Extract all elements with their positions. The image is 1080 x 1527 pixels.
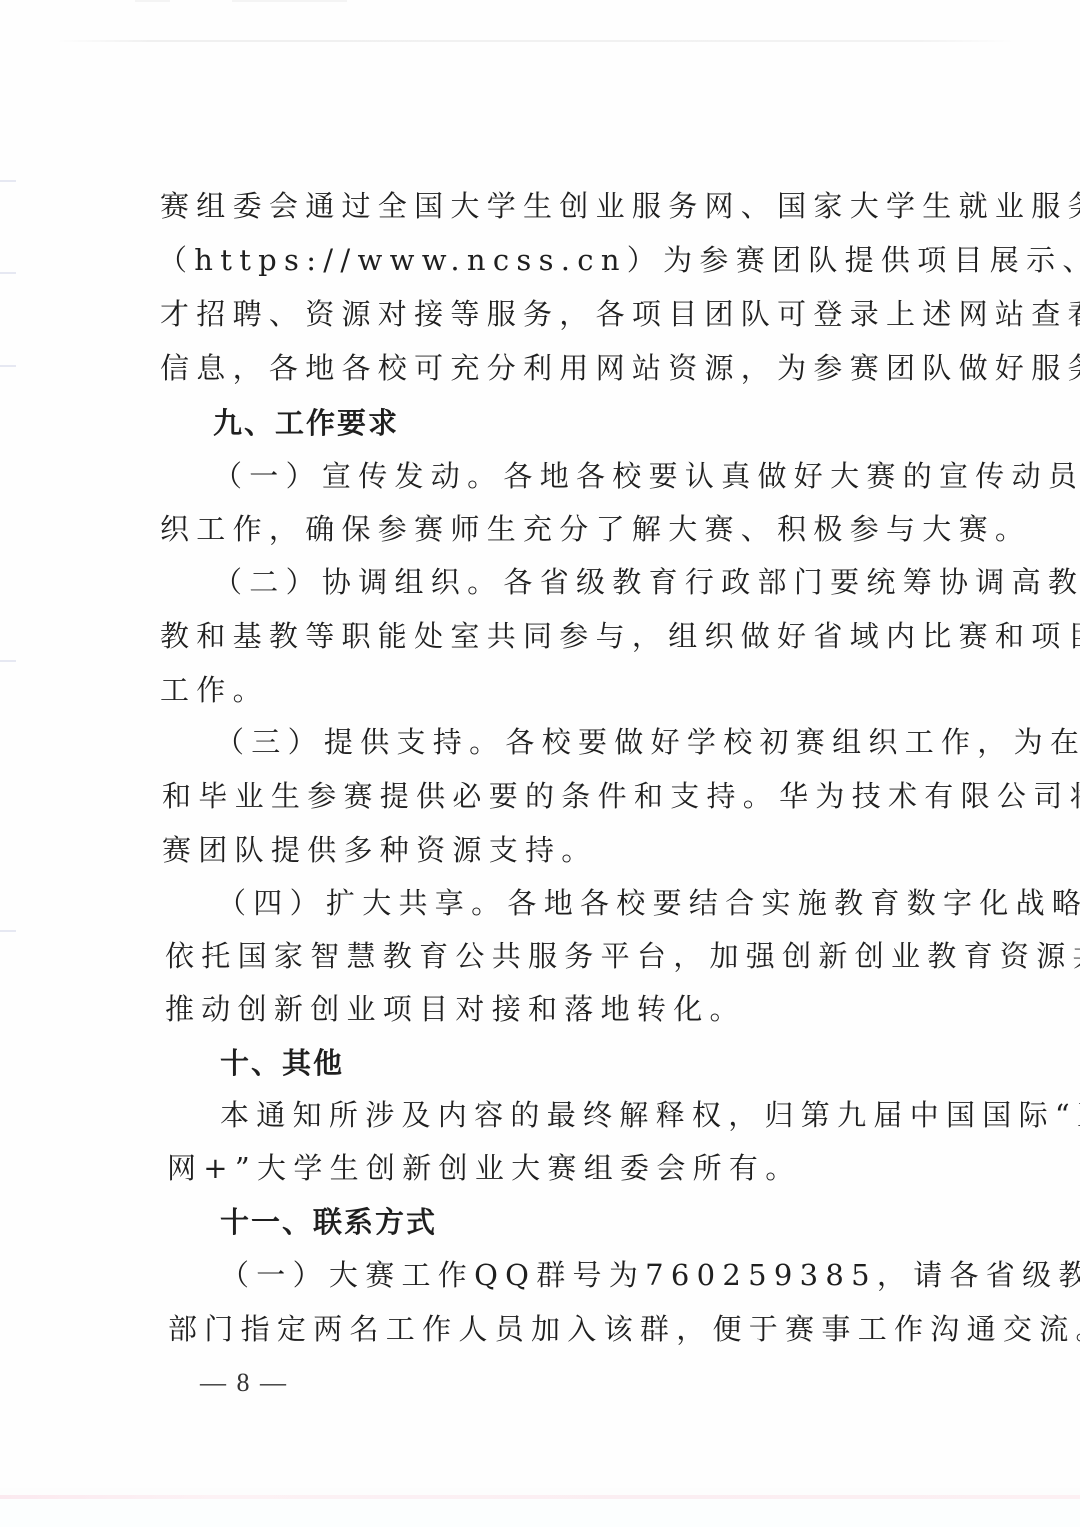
paragraph-line: 才招聘、资源对接等服务，各项目团队可登录上述网站查看相关 xyxy=(160,296,1080,332)
paragraph-line: 和毕业生参赛提供必要的条件和支持。华为技术有限公司将为参 xyxy=(162,778,1080,814)
paragraph-line: 赛团队提供多种资源支持。 xyxy=(162,832,598,868)
paragraph-line: 信息，各地各校可充分利用网站资源，为参赛团队做好服务。 xyxy=(160,350,1080,386)
paragraph-line: 依托国家智慧教育公共服务平台，加强创新创业教育资源共享， xyxy=(165,938,1080,974)
paragraph-line: 本通知所涉及内容的最终解释权，归第九届中国国际“互联 xyxy=(220,1097,1080,1133)
page-number: — 8 — xyxy=(200,1368,288,1398)
paragraph-line: 推动创新创业项目对接和落地转化。 xyxy=(165,991,746,1027)
paragraph-line: 教和基教等职能处室共同参与，组织做好省域内比赛和项目推荐 xyxy=(160,618,1080,654)
paragraph-line: 部门指定两名工作人员加入该群，便于赛事工作沟通交流。 xyxy=(168,1311,1080,1347)
scan-edge-mark xyxy=(0,930,16,932)
paragraph-line: （一）大赛工作QQ群号为760259385，请各省级教育行政 xyxy=(220,1257,1080,1293)
scan-edge-mark xyxy=(0,660,16,662)
next-page-edge xyxy=(0,1499,1080,1527)
paragraph-line: （四）扩大共享。各地各校要结合实施教育数字化战略行动， xyxy=(217,885,1080,921)
scan-artifact xyxy=(232,0,347,2)
paragraph-line: （https://www.ncss.cn）为参赛团队提供项目展示、创业指导、人 xyxy=(158,242,1080,278)
section-heading-contact: 十一、联系方式 xyxy=(220,1204,437,1240)
paragraph-line: 网+”大学生创新创业大赛组委会所有。 xyxy=(167,1150,802,1186)
paragraph-line: （一）宣传发动。各地各校要认真做好大赛的宣传动员和组 xyxy=(213,458,1080,494)
scan-edge-mark xyxy=(0,365,16,367)
scan-edge-line xyxy=(55,40,1015,42)
paragraph-line: （三）提供支持。各校要做好学校初赛组织工作，为在校生 xyxy=(215,724,1080,760)
section-heading-work-requirements: 九、工作要求 xyxy=(213,405,399,441)
section-heading-other: 十、其他 xyxy=(220,1045,344,1081)
scan-artifact xyxy=(135,0,170,2)
paragraph-line: 织工作，确保参赛师生充分了解大赛、积极参与大赛。 xyxy=(160,511,1031,547)
scan-edge-mark xyxy=(0,180,16,182)
paragraph-line: 工作。 xyxy=(160,672,269,708)
paragraph-line: （二）协调组织。各省级教育行政部门要统筹协调高教、职 xyxy=(213,564,1080,600)
paragraph-line: 赛组委会通过全国大学生创业服务网、国家大学生就业服务平台 xyxy=(160,188,1080,224)
scan-edge-mark xyxy=(0,272,16,274)
document-page: 赛组委会通过全国大学生创业服务网、国家大学生就业服务平台 （https://ww… xyxy=(0,0,1080,1488)
